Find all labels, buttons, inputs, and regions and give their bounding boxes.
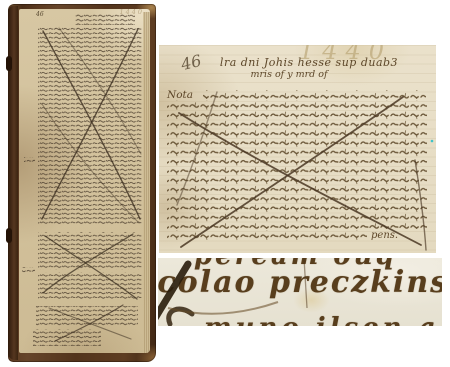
detail-ink-strokes [158,258,442,326]
book-photo: 46 1440 [8,4,156,362]
text-block-3 [38,272,142,300]
book-clasp-bottom [6,228,12,243]
body-line-first [203,90,426,99]
book-cover: 46 1440 [8,4,156,362]
margin-mark-1 [24,157,35,162]
detail-crop-enlarged: peream ouq icolao preczkinsay muno ilsen… [158,258,442,326]
book-clasp-top [6,56,12,71]
page-crop-enlarged: 46 1440 lra dni Johis hesse sup duab3 mr… [159,45,436,253]
scan-artifact-dot [431,140,434,143]
text-block-5 [33,329,101,346]
body-block [167,100,427,229]
margin-mark-2 [22,267,35,273]
body-text-scribbles [159,45,436,253]
crease-line [304,258,307,308]
body-line-last [167,230,367,240]
page-text-scribbles [19,9,150,353]
manuscript-collage: 46 1440 [0,0,450,367]
page-heading-scribble [75,14,135,25]
book-page: 46 1440 [19,9,150,353]
